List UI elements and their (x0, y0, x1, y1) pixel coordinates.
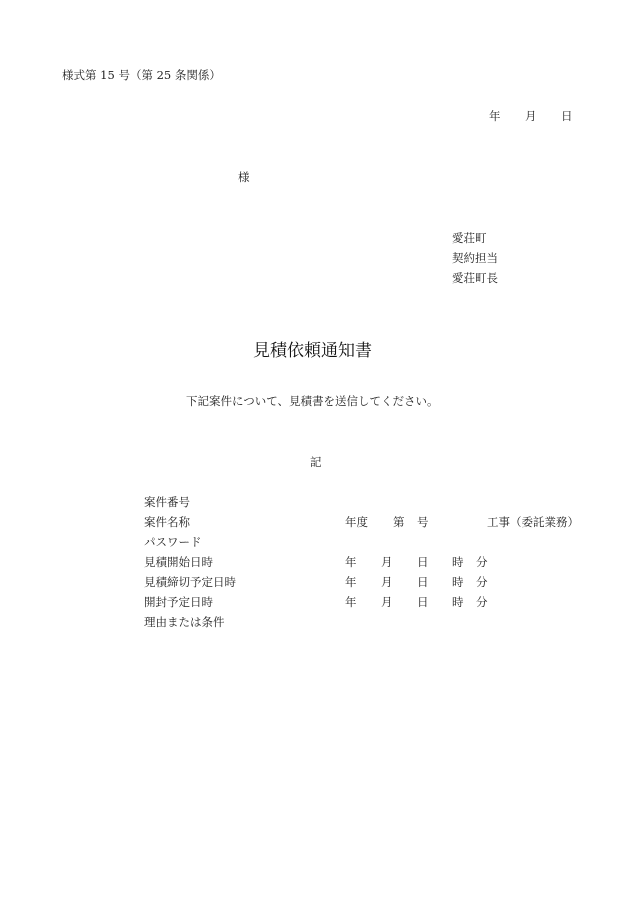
form-reference: 様式第 15 号（第 25 条関係） (62, 70, 221, 82)
ki-heading: 記 (310, 457, 322, 469)
item-label-deadline: 見積締切予定日時 (144, 577, 236, 589)
sender-title: 愛荘町長 (452, 273, 498, 285)
sender-dept: 契約担当 (452, 253, 498, 265)
case-name-go: 号 (417, 517, 429, 529)
deadline-minute: 分 (476, 577, 488, 589)
item-label-case-name: 案件名称 (144, 517, 190, 529)
deadline-year: 年 (345, 577, 357, 589)
case-name-dai: 第 (393, 517, 405, 529)
item-label-password: パスワード (144, 537, 202, 549)
deadline-month: 月 (381, 577, 393, 589)
item-label-reason: 理由または条件 (144, 617, 225, 629)
opening-hour: 時 (452, 597, 464, 609)
opening-minute: 分 (476, 597, 488, 609)
start-minute: 分 (476, 557, 488, 569)
case-name-fiscal-year: 年度 (345, 517, 368, 529)
addressee-suffix: 様 (238, 172, 250, 184)
intro-text: 下記案件について、見積書を送信してください。 (186, 396, 439, 408)
deadline-hour: 時 (452, 577, 464, 589)
case-name-type: 工事（委託業務） (487, 517, 579, 529)
start-day: 日 (417, 557, 429, 569)
deadline-day: 日 (417, 577, 429, 589)
date-month: 月 (525, 111, 537, 123)
date-day: 日 (561, 111, 573, 123)
sender-town: 愛荘町 (452, 233, 487, 245)
start-year: 年 (345, 557, 357, 569)
item-label-opening: 開封予定日時 (144, 597, 213, 609)
date-year: 年 (489, 111, 501, 123)
start-month: 月 (381, 557, 393, 569)
item-label-case-number: 案件番号 (144, 497, 190, 509)
start-hour: 時 (452, 557, 464, 569)
document-title: 見積依頼通知書 (253, 343, 372, 360)
opening-month: 月 (381, 597, 393, 609)
opening-day: 日 (417, 597, 429, 609)
item-label-start: 見積開始日時 (144, 557, 213, 569)
opening-year: 年 (345, 597, 357, 609)
